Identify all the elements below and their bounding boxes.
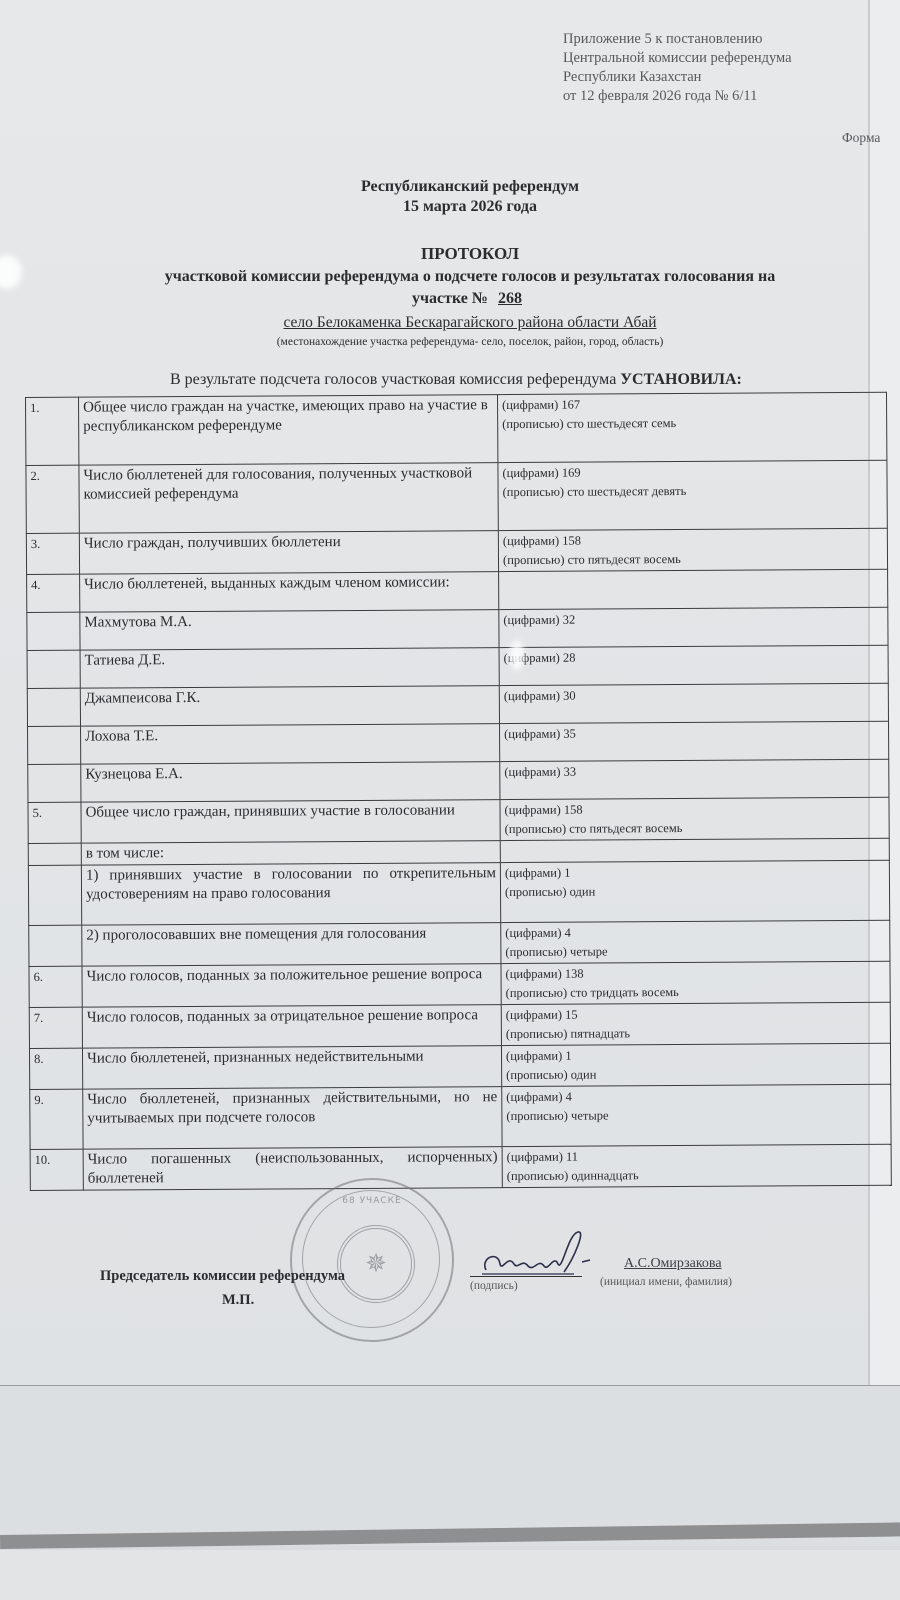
words-value: (прописью) сто пятьдесят восемь bbox=[505, 818, 885, 839]
background-surface bbox=[0, 1550, 900, 1600]
row-question: Число погашенных (неиспользованных, испо… bbox=[83, 1147, 502, 1191]
table-row: Джампеисова Г.К.(цифрами) 30 bbox=[27, 683, 888, 726]
appendix-block: Приложение 5 к постановлению Центральной… bbox=[563, 30, 792, 106]
official-stamp: 68 УЧАСКЕ ✵ bbox=[290, 1178, 454, 1342]
row-number bbox=[27, 688, 80, 726]
precinct-location: село Белокаменка Бескарагайского района … bbox=[60, 314, 880, 332]
answer-cell: (цифрами) 35 bbox=[500, 721, 889, 761]
row-question: Число граждан, получивших бюллетени bbox=[79, 531, 498, 575]
words-value: (прописью) четыре bbox=[505, 941, 885, 962]
digits-value: (цифрами) 28 bbox=[504, 647, 884, 668]
digits-value: (цифрами) 1 bbox=[506, 1045, 886, 1066]
row-number: 4. bbox=[27, 574, 80, 612]
digits-value: (цифрами) 15 bbox=[506, 1004, 886, 1025]
stamp-text: 68 УЧАСКЕ bbox=[292, 1196, 452, 1206]
digits-value: (цифрами) 33 bbox=[504, 761, 884, 782]
row-number: 7. bbox=[29, 1007, 82, 1048]
precinct-number: 268 bbox=[492, 290, 528, 307]
established-emphasis: УСТАНОВИЛА: bbox=[620, 371, 742, 388]
digits-value: (цифрами) 169 bbox=[502, 462, 882, 483]
answer-cell: (цифрами) 1(прописью) один bbox=[500, 860, 889, 922]
appendix-line: Центральной комиссии референдума bbox=[563, 49, 792, 68]
document-type: ПРОТОКОЛ bbox=[60, 244, 880, 264]
row-question: Число голосов, поданных за отрицательное… bbox=[82, 1005, 501, 1049]
lower-sheet bbox=[0, 1385, 900, 1546]
row-question: Число бюллетеней, признанных действитель… bbox=[83, 1087, 502, 1150]
emblem-icon: ✵ bbox=[337, 1225, 415, 1303]
answer-cell: (цифрами) 169(прописью) сто шестьдесят д… bbox=[498, 460, 887, 530]
digits-value: (цифрами) 138 bbox=[505, 963, 885, 984]
signature-line bbox=[470, 1276, 582, 1277]
words-value: (прописью) сто шестьдесят девять bbox=[503, 481, 883, 502]
table-row: 8.Число бюллетеней, признанных недействи… bbox=[29, 1043, 890, 1089]
established-statement: В результате подсчета голосов участковая… bbox=[170, 371, 890, 389]
words-value: (прописью) пятнадцать bbox=[506, 1023, 886, 1044]
appendix-line: Приложение 5 к постановлению bbox=[563, 30, 792, 49]
table-row: Лохова Т.Е.(цифрами) 35 bbox=[28, 721, 889, 764]
row-number: 1. bbox=[26, 397, 79, 465]
answer-cell: (цифрами) 4(прописью) четыре bbox=[501, 920, 890, 963]
answer-cell bbox=[500, 838, 889, 862]
row-question: в том числе: bbox=[81, 841, 500, 866]
event-date: 15 марта 2026 года bbox=[60, 196, 880, 218]
table-row: 10.Число погашенных (неиспользованных, и… bbox=[30, 1144, 891, 1190]
row-number: 6. bbox=[29, 966, 82, 1007]
row-question: Татиева Д.Е. bbox=[80, 648, 499, 689]
table-row: 5.Общее число граждан, принявших участие… bbox=[28, 797, 889, 843]
table-row: Махмутова М.А.(цифрами) 32 bbox=[27, 607, 888, 650]
location-hint: (местонахождение участка референдума- се… bbox=[60, 336, 880, 348]
signature-mark bbox=[478, 1228, 598, 1278]
digits-value: (цифрами) 158 bbox=[503, 530, 883, 551]
row-question: Число бюллетеней, выданных каждым членом… bbox=[80, 572, 499, 613]
row-number bbox=[28, 726, 81, 764]
row-question: 2) проголосовавших вне помещения для гол… bbox=[82, 923, 501, 967]
row-number: 10. bbox=[30, 1149, 83, 1190]
words-value: (прописью) сто пятьдесят восемь bbox=[503, 549, 883, 570]
answer-cell: (цифрами) 4(прописью) четыре bbox=[502, 1084, 891, 1146]
row-number: 9. bbox=[30, 1089, 83, 1149]
table-row: 1.Общее число граждан на участке, имеющи… bbox=[26, 392, 887, 465]
answer-cell: (цифрами) 32 bbox=[499, 607, 888, 647]
words-value: (прописью) сто шестьдесят семь bbox=[502, 413, 882, 434]
words-value: (прописью) четыре bbox=[506, 1105, 886, 1126]
established-text: В результате подсчета голосов участковая… bbox=[170, 371, 616, 388]
answer-cell: (цифрами) 158(прописью) сто пятьдесят во… bbox=[500, 797, 889, 840]
table-row: 7.Число голосов, поданных за отрицательн… bbox=[29, 1002, 890, 1048]
chair-label: Председатель комиссии референдума bbox=[100, 1268, 345, 1285]
appendix-line: от 12 февраля 2026 года № 6/11 bbox=[563, 87, 792, 106]
row-number bbox=[28, 843, 81, 865]
results-table: 1.Общее число граждан на участке, имеющи… bbox=[25, 392, 892, 1191]
table-row: 6.Число голосов, поданных за положительн… bbox=[29, 961, 890, 1007]
row-question: Число бюллетеней для голосования, получе… bbox=[79, 463, 498, 534]
table-row: 3.Число граждан, получивших бюллетени(ци… bbox=[26, 528, 887, 574]
answer-cell: (цифрами) 11(прописью) одиннадцать bbox=[502, 1144, 891, 1187]
chair-name: А.С.Омирзакова bbox=[598, 1256, 722, 1272]
table-row: 2) проголосовавших вне помещения для гол… bbox=[29, 920, 890, 966]
table-row: Кузнецова Е.А.(цифрами) 33 bbox=[28, 759, 889, 802]
row-question: Махмутова М.А. bbox=[80, 610, 499, 651]
digits-value: (цифрами) 167 bbox=[502, 394, 882, 415]
table-row: 9.Число бюллетеней, признанных действите… bbox=[30, 1084, 891, 1149]
name-label: (инициал имени, фамилия) bbox=[600, 1276, 732, 1288]
row-number bbox=[27, 650, 80, 688]
row-question: Общее число граждан на участке, имеющих … bbox=[79, 395, 498, 466]
row-number bbox=[29, 925, 82, 966]
document-subtitle: участковой комиссии референдума о подсче… bbox=[60, 268, 880, 286]
row-number bbox=[27, 612, 80, 650]
digits-value: (цифрами) 35 bbox=[504, 723, 884, 744]
answer-cell: (цифрами) 1(прописью) один bbox=[501, 1043, 890, 1086]
row-number: 5. bbox=[28, 802, 81, 843]
table-row: 4.Число бюллетеней, выданных каждым член… bbox=[27, 569, 888, 612]
event-title: Республиканский референдум bbox=[60, 176, 880, 198]
digits-value: (цифрами) 32 bbox=[503, 609, 883, 630]
words-value: (прописью) один bbox=[505, 881, 885, 902]
table-row: 1) принявших участие в голосовании по от… bbox=[28, 860, 889, 925]
answer-cell: (цифрами) 28 bbox=[499, 645, 888, 685]
row-question: Лохова Т.Е. bbox=[81, 724, 500, 765]
digits-value: (цифрами) 30 bbox=[504, 685, 884, 706]
answer-cell: (цифрами) 167(прописью) сто шестьдесят с… bbox=[497, 392, 886, 462]
digits-value: (цифрами) 4 bbox=[505, 922, 885, 943]
row-question: Число бюллетеней, признанных недействите… bbox=[82, 1046, 501, 1090]
row-number bbox=[28, 865, 81, 925]
answer-cell: (цифрами) 138(прописью) сто тридцать вос… bbox=[501, 961, 890, 1004]
row-question: Общее число граждан, принявших участие в… bbox=[81, 800, 500, 844]
signature-label: (подпись) bbox=[470, 1280, 518, 1292]
digits-value: (цифрами) 1 bbox=[505, 862, 885, 883]
appendix-line: Республики Казахстан bbox=[563, 68, 792, 87]
seal-label: М.П. bbox=[222, 1292, 254, 1309]
words-value: (прописью) сто тридцать восемь bbox=[506, 982, 886, 1003]
words-value: (прописью) один bbox=[506, 1064, 886, 1085]
form-label: Форма bbox=[842, 130, 880, 146]
table-row: Татиева Д.Е.(цифрами) 28 bbox=[27, 645, 888, 688]
digits-value: (цифрами) 158 bbox=[504, 799, 884, 820]
table-row: 2.Число бюллетеней для голосования, полу… bbox=[26, 460, 887, 533]
answer-cell: (цифрами) 30 bbox=[499, 683, 888, 723]
row-question: 1) принявших участие в голосовании по от… bbox=[81, 863, 500, 926]
row-question: Джампеисова Г.К. bbox=[80, 686, 499, 727]
answer-cell bbox=[499, 569, 888, 609]
row-question: Кузнецова Е.А. bbox=[81, 762, 500, 803]
answer-cell: (цифрами) 15(прописью) пятнадцать bbox=[501, 1002, 890, 1045]
row-number: 2. bbox=[26, 465, 79, 533]
digits-value: (цифрами) 11 bbox=[507, 1146, 887, 1167]
row-number: 3. bbox=[26, 533, 79, 574]
answer-cell: (цифрами) 33 bbox=[500, 759, 889, 799]
light-glare bbox=[510, 640, 524, 670]
digits-value: (цифрами) 4 bbox=[506, 1086, 886, 1107]
precinct-line: участке № 268 bbox=[60, 290, 880, 308]
answer-cell: (цифрами) 158(прописью) сто пятьдесят во… bbox=[498, 528, 887, 571]
precinct-prefix: участке № bbox=[412, 290, 488, 307]
row-number bbox=[28, 764, 81, 802]
row-question: Число голосов, поданных за положительное… bbox=[82, 964, 501, 1008]
words-value: (прописью) одиннадцать bbox=[507, 1165, 887, 1186]
row-number: 8. bbox=[29, 1048, 82, 1089]
